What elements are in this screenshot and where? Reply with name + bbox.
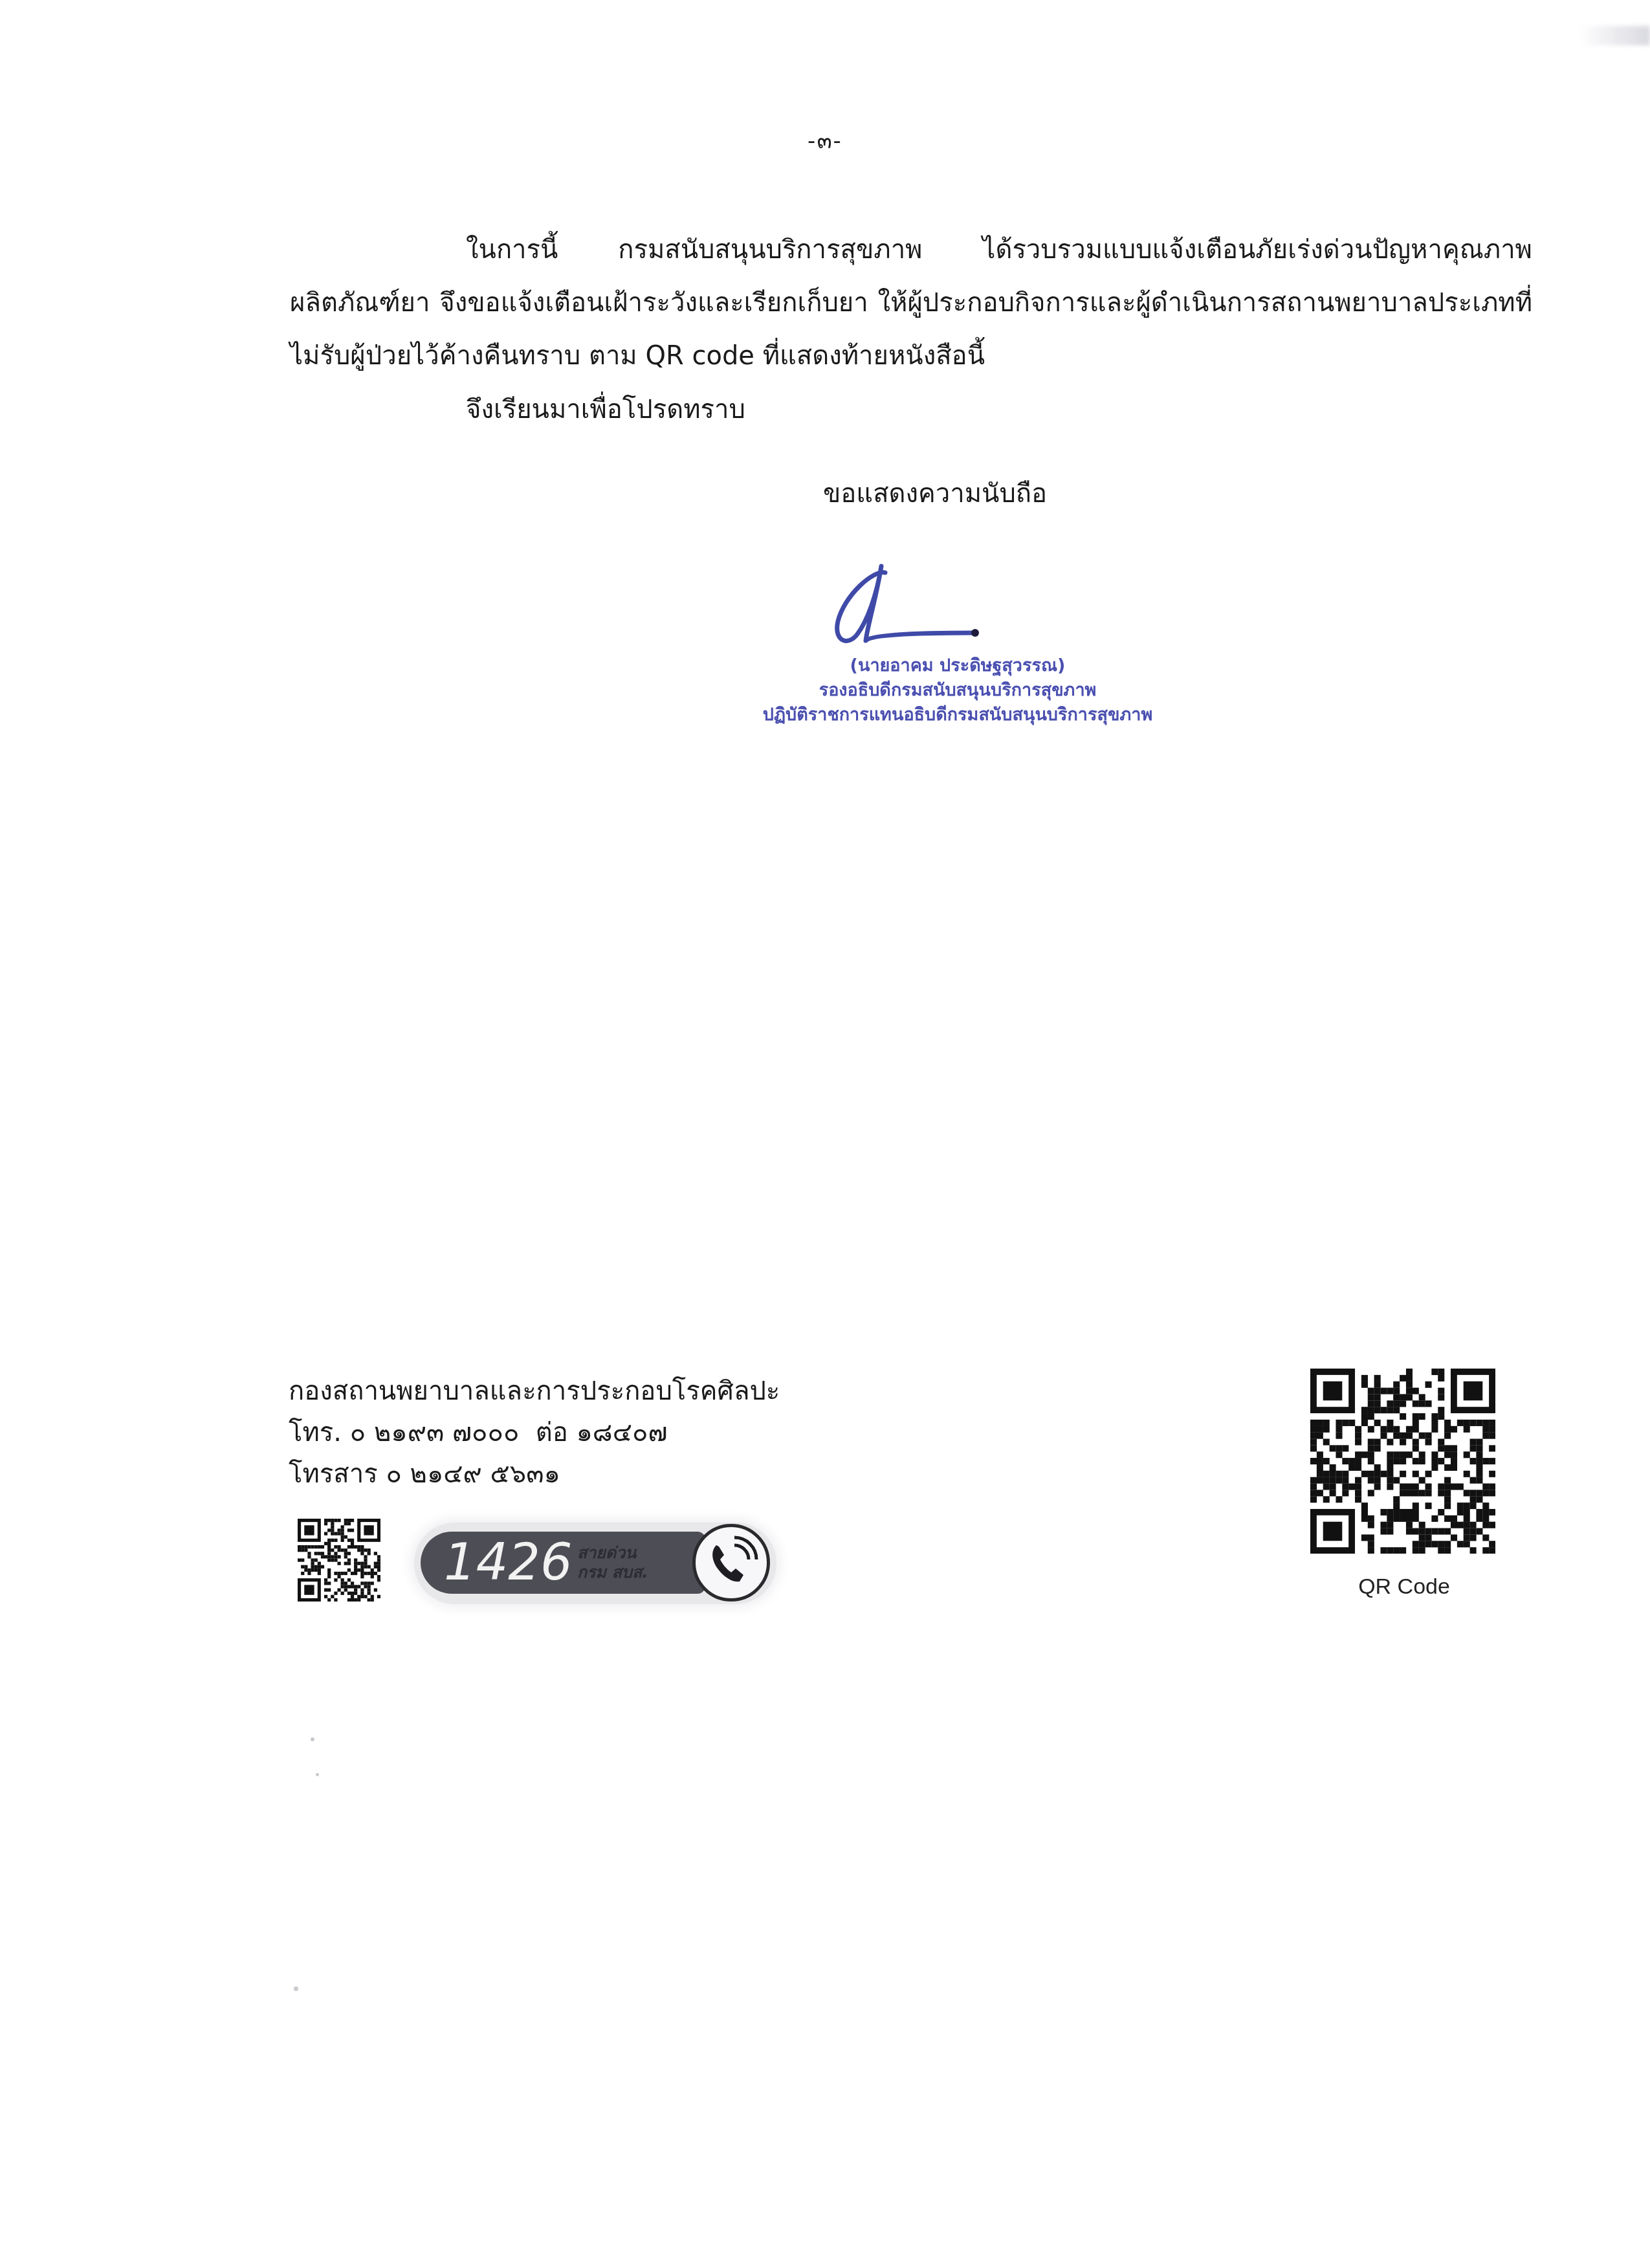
qr-code-small[interactable]: [298, 1519, 380, 1602]
phone-icon: [692, 1524, 770, 1602]
signer-title: รองอธิบดีกรมสนับสนุนบริการสุขภาพ: [712, 678, 1204, 703]
hotline-label-line-2: กรม สบส.: [577, 1563, 668, 1582]
phone-number: โทร. ๐ ๒๑๙๓ ๗๐๐๐ ต่อ ๑๘๔๐๗: [289, 1412, 780, 1453]
hotline-label: สายด่วน กรม สบส.: [577, 1543, 668, 1582]
scan-speck: [311, 1737, 314, 1741]
fax-number: โทรสาร ๐ ๒๑๔๙ ๕๖๓๑: [289, 1453, 780, 1495]
contact-info: กองสถานพยาบาลและการประกอบโรคศิลปะ โทร. ๐…: [289, 1371, 780, 1495]
closing-line: จึงเรียนมาเพื่อโปรดทราบ: [466, 388, 745, 430]
hotline-badge: 1426 สายด่วน กรม สบส.: [414, 1523, 776, 1604]
scan-speck: [316, 1773, 319, 1776]
letter-body: ในการนี้ กรมสนับสนุนบริการสุขภาพ ได้รวบร…: [290, 223, 1532, 382]
signer-acting-for: ปฏิบัติราชการแทนอธิบดีกรมสนับสนุนบริการส…: [712, 703, 1204, 727]
qr-code-main[interactable]: [1310, 1369, 1495, 1554]
scan-speck: [294, 1987, 298, 1991]
valediction: ขอแสดงความนับถือ: [823, 472, 1047, 514]
qr-code-block: QR Code: [1310, 1369, 1498, 1600]
handwritten-signature: [712, 556, 1204, 660]
signer-name: (นายอาคม ประดิษฐสุวรรณ): [712, 654, 1204, 678]
body-paragraph: ในการนี้ กรมสนับสนุนบริการสุขภาพ ได้รวบร…: [290, 223, 1532, 382]
qr-caption: QR Code: [1310, 1574, 1498, 1600]
hotline-row: 1426 สายด่วน กรม สบส.: [291, 1511, 796, 1614]
signature-block: (นายอาคม ประดิษฐสุวรรณ) รองอธิบดีกรมสนับ…: [712, 556, 1204, 751]
scan-artifact: [1579, 26, 1650, 45]
hotline-pill: 1426 สายด่วน กรม สบส.: [421, 1532, 705, 1594]
hotline-label-line-1: สายด่วน: [577, 1543, 668, 1563]
hotline-number: 1426: [444, 1536, 573, 1590]
department-name: กองสถานพยาบาลและการประกอบโรคศิลปะ: [289, 1371, 780, 1412]
page-number: -๓-: [0, 123, 1650, 158]
